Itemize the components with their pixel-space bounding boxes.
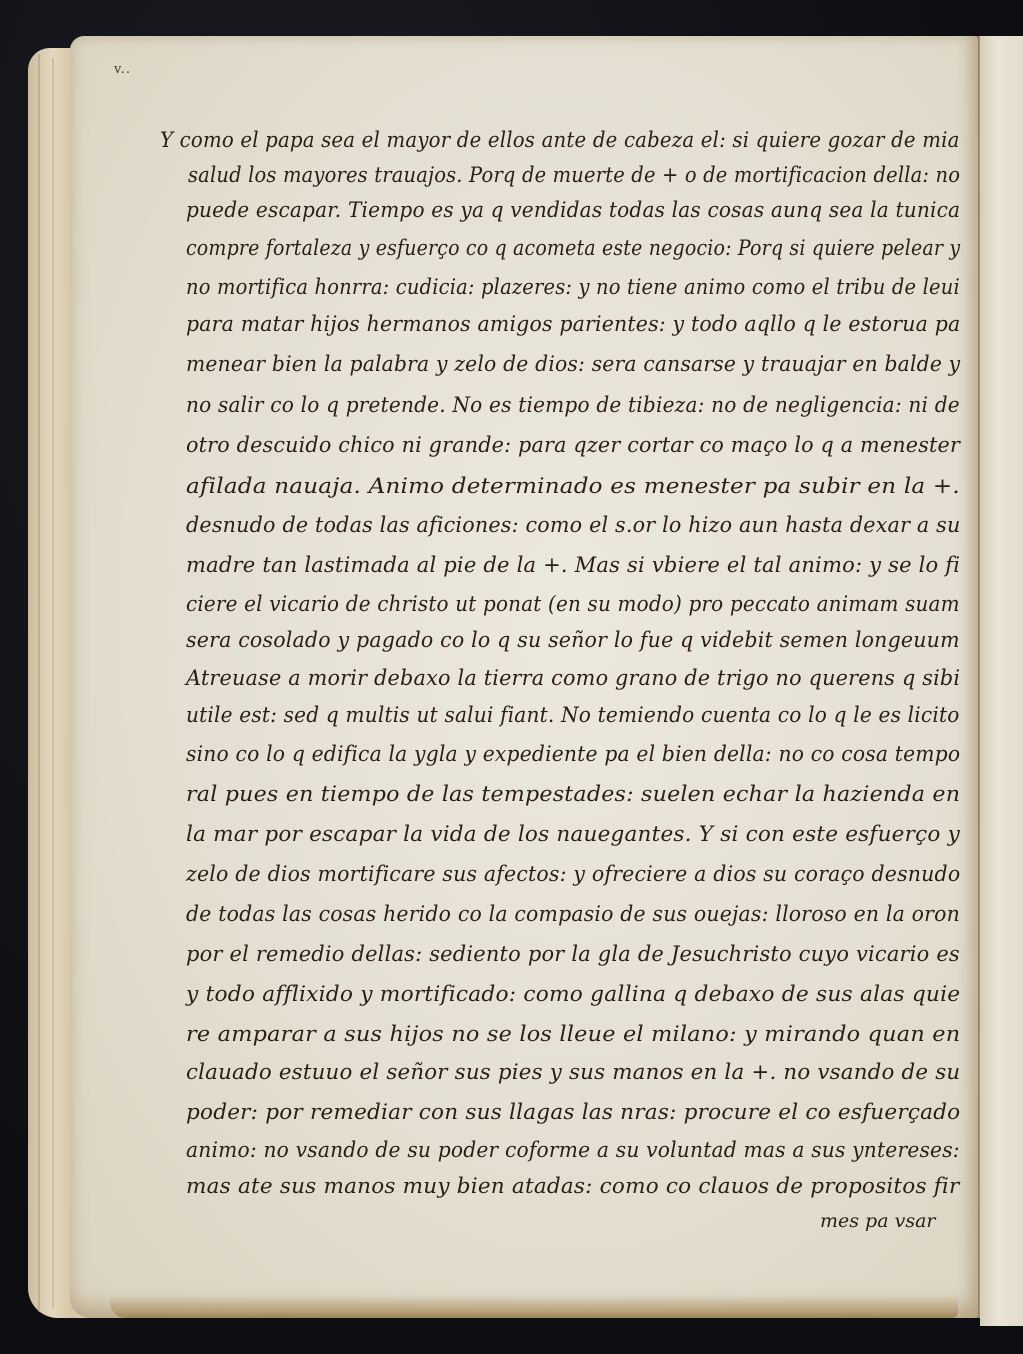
text-line-14: sera cosolado y pagado co lo q su señor … xyxy=(186,628,960,652)
text-line-5: no mortifica honrra: cudicia: plazeres: … xyxy=(186,275,960,299)
text-line-6: para matar hijos hermanos amigos parient… xyxy=(186,312,960,336)
text-line-2: salud los mayores trauajos. Porq de muer… xyxy=(188,163,960,187)
text-line-27: animo: no vsando de su poder coforme a s… xyxy=(186,1138,960,1162)
corner-mark: v.. xyxy=(114,62,131,77)
text-line-10: afilada nauaja. Animo determinado es men… xyxy=(186,474,960,498)
text-line-25: clauado estuuo el señor sus pies y sus m… xyxy=(186,1060,960,1084)
text-line-4: compre fortaleza y esfuerço co q acometa… xyxy=(186,236,960,260)
text-line-17: sino co lo q edifica la ygla y expedient… xyxy=(186,742,960,766)
text-line-26: poder: por remediar con sus llagas las n… xyxy=(186,1100,960,1124)
text-line-20: zelo de dios mortificare sus afectos: y … xyxy=(186,862,960,886)
text-line-21: de todas las cosas herido co la compasio… xyxy=(186,902,960,926)
text-line-11: desnudo de todas las aficiones: como el … xyxy=(186,513,960,537)
catchword: mes pa vsar xyxy=(820,1210,935,1232)
text-line-1: Y como el papa sea el mayor de ellos ant… xyxy=(160,128,960,152)
text-line-19: la mar por escapar la vida de los nauega… xyxy=(186,822,960,846)
text-line-23: y todo afflixido y mortificado: como gal… xyxy=(186,982,960,1006)
text-line-12: madre tan lastimada al pie de la +. Mas … xyxy=(186,553,960,577)
text-line-3: puede escapar. Tiempo es ya q vendidas t… xyxy=(186,198,960,222)
text-line-15: Atreuase a morir debaxo la tierra como g… xyxy=(186,666,960,690)
text-line-9: otro descuido chico ni grande: para qzer… xyxy=(186,433,960,457)
text-line-13: ciere el vicario de christo ut ponat (en… xyxy=(186,592,960,616)
text-line-18: ral pues en tiempo de las tempestades: s… xyxy=(186,782,960,806)
page-bottom-stain xyxy=(110,1296,958,1318)
text-line-16: utile est: sed q multis ut salui fiant. … xyxy=(186,703,960,727)
facing-page-edge xyxy=(980,36,1023,1326)
text-line-24: re amparar a sus hijos no se los lleue e… xyxy=(186,1022,960,1046)
text-line-8: no salir co lo q pretende. No es tiempo … xyxy=(186,393,960,417)
text-line-7: menear bien la palabra y zelo de dios: s… xyxy=(186,352,960,376)
text-line-28: mas ate sus manos muy bien atadas: como … xyxy=(186,1174,960,1198)
text-line-22: por el remedio dellas: sediento por la g… xyxy=(186,942,960,966)
